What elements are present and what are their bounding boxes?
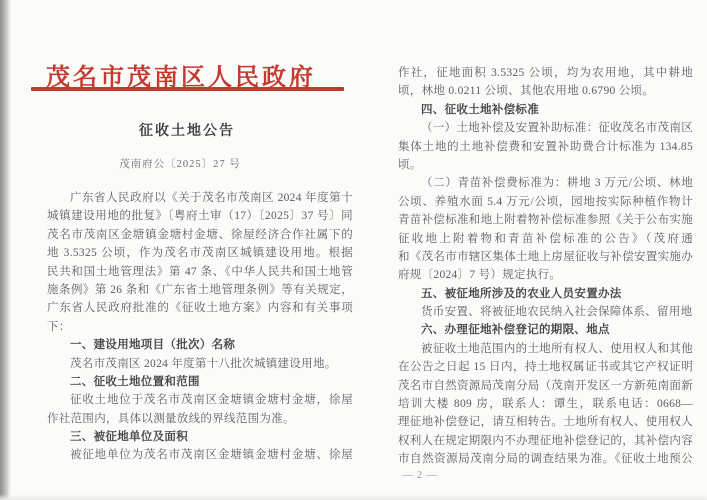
text-line: 茂名市自然资源局茂南分局（茂南开发区一方新苑南面新人社局: [398, 377, 693, 395]
notice-title: 征收土地公告: [37, 120, 337, 140]
text-line: 市自然资源局茂南分局的调查结果为准。《征收土地预公告》发布: [398, 450, 693, 468]
page-number: — 2 —: [394, 470, 446, 481]
section-heading: 五、被征地所涉及的农业人员安置办法: [398, 285, 693, 303]
text-line: （二）青苗补偿费标准为：耕地 3 万元/公顷、林地 3 万元/: [398, 174, 693, 192]
text-line: 培训大楼 809 房，联系人：谭生，联系电话：0668—3398783）办: [398, 395, 693, 413]
text-line: 被征收土地范围内的土地所有权人、使用权人和其他权利人: [398, 340, 693, 358]
section-heading: 四、征收土地补偿标准: [398, 101, 693, 119]
scan-edge-shadow: [0, 0, 11, 500]
text-line: 茂名市茂南区 2024 年度第十八批次城镇建设用地。: [47, 355, 353, 373]
text-line: 地 3.5325 公顷，作为茂名市茂南区城镇建设用地。根据《中华人: [47, 244, 353, 262]
scan-bottom-shadow: [0, 494, 707, 500]
section-heading: 三、被征地单位及面积: [47, 428, 353, 446]
doc-number: 茂南府公〔2025〕27 号: [30, 156, 330, 171]
text-line: 下：: [47, 318, 353, 336]
section-heading: 六、办理征地补偿登记的期限、地点: [398, 321, 693, 339]
text-line: 青苗补偿标准和地上附着物补偿标准参照《关于公布实施茂名市: [398, 211, 693, 229]
section-heading: 一、建设用地项目（批次）名称: [47, 336, 353, 354]
section-heading: 二、征收土地位置和范围: [47, 373, 353, 391]
text-line: 民共和国土地管理法》第 47 条、《中华人民共和国土地管理法实: [47, 263, 353, 281]
left-page-column: 广东省人民政府以《关于茂名市茂南区 2024 年度第十八批次城镇建设用地的批复》…: [47, 189, 353, 465]
text-line: 施条例》第 26 条和《广东省土地管理条例》等有关规定，现将经: [47, 281, 353, 299]
text-line: 被征地单位为茂名市茂南区金塘镇金塘村金塘、徐屋经济合: [47, 446, 353, 464]
text-line: 城镇建设用地的批复》〔粤府土审（17）〔2025〕37 号〕同意征收: [47, 207, 353, 225]
text-line: 府规〔2024〕7 号）规定执行。: [398, 266, 693, 284]
text-line: 货币安置、将被征地农民纳入社会保障体系、留用地安置。: [398, 303, 693, 321]
text-line: 顷。: [398, 156, 693, 174]
text-line: （一）土地补偿及安置补助标准：征收茂名市茂南区金塘镇: [398, 119, 693, 137]
text-line: 和《茂名市市辖区集体土地上房屋征收与补偿安置实施办法》（茂: [398, 248, 693, 266]
red-divider: [31, 87, 344, 91]
text-line: 理征地补偿登记，请互相转告。土地所有权人、使用权人和其他: [398, 413, 693, 431]
text-line: 顷，林地 0.0211 公顷、其他农用地 0.6790 公顷。: [398, 82, 693, 100]
text-line: 作社，征地面积 3.5325 公顷，均为农用地，其中耕地 2.8324 公: [398, 64, 693, 82]
text-line: 权利人在规定期限内不办理征地补偿登记的，其补偿内容以茂名: [398, 432, 693, 450]
text-line: 作社范围内，具体以测量放线的界线范围为准。: [47, 410, 353, 428]
text-line: 茂名市茂南区金塘镇金塘村金塘、徐屋经济合作社属下的集体土: [47, 226, 353, 244]
text-line: 公顷、养殖水面 5.4 万元/公顷，园地按实际种植作物计补；园地: [398, 193, 693, 211]
text-line: 广东省人民政府以《关于茂名市茂南区 2024 年度第十八批次: [47, 189, 353, 207]
scanned-document: 茂名市茂南区人民政府 征收土地公告 茂南府公〔2025〕27 号 广东省人民政府…: [0, 0, 707, 500]
text-line: 征收土地位于茂名市茂南区金塘镇金塘村金塘，徐屋经济合: [47, 391, 353, 409]
right-page-column: 作社，征地面积 3.5325 公顷，均为农用地，其中耕地 2.8324 公顷，林…: [398, 64, 693, 469]
text-line: 集体土地的土地补偿费和安置补助费合计标准为 134.85 万元/公: [398, 138, 693, 156]
text-line: 在公告之日起 15 日内，持土地权属证书或其它产权证明材料，到: [398, 358, 693, 376]
text-line: 征收地上附着物和青苗补偿标准的公告》（茂府通〔2024〕3 号）: [398, 230, 693, 248]
text-line: 广东省人民政府批准的《征收土地方案》内容和有关事项公告如: [47, 299, 353, 317]
